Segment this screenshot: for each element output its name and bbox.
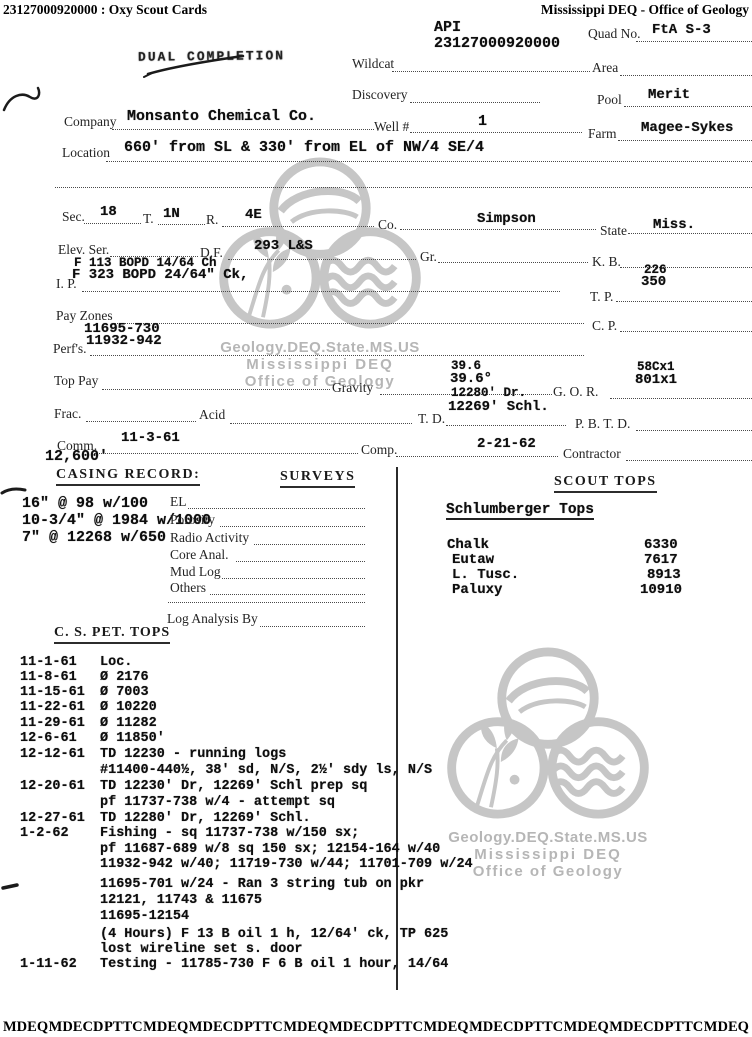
field-value-td-1: 12280' Dr. <box>451 386 526 400</box>
scout-top-name: Paluxy <box>452 582 502 598</box>
cs-pet-tops-title: C. S. PET. TOPS <box>54 625 170 644</box>
footer-token: MDEQ <box>704 1019 749 1036</box>
cs-entry-line: Ø 2176 <box>100 670 149 685</box>
cs-entry-date: 12-12-61 <box>20 747 85 762</box>
cs-entry-date: 11-8-61 <box>20 670 77 685</box>
dotted-leader <box>168 601 365 603</box>
cs-entry-date: 12-27-61 <box>20 811 85 826</box>
scout-top-name: Eutaw <box>452 552 494 568</box>
cs-entry-line: lost wireline set s. door <box>100 942 303 957</box>
watermark-url: Geology.DEQ.State.MS.US <box>428 829 668 846</box>
field-value-pool: Merit <box>648 87 690 103</box>
field-label-td: T. D. <box>418 411 445 427</box>
dotted-leader <box>220 525 365 527</box>
cs-entry-line: Ø 7003 <box>100 685 149 700</box>
dotted-leader <box>236 560 365 562</box>
field-value-tp-2: 350 <box>641 274 666 290</box>
dotted-leader <box>620 330 752 332</box>
dual-completion-stamp: DUAL COMPLETION <box>138 48 285 65</box>
survey-item: Radio Activity <box>170 530 249 546</box>
field-label-sec: Sec. <box>62 209 85 225</box>
field-label-cp: C. P. <box>592 318 617 334</box>
scout-top-depth: 10910 <box>640 582 682 598</box>
footer-token: PTTC <box>524 1019 563 1036</box>
dotted-leader <box>618 139 752 141</box>
field-label-gravity: Gravity <box>332 380 373 396</box>
cs-entry-line: 11695-701 w/24 - Ran 3 string tub on pkr <box>100 877 424 892</box>
field-label-pool: Pool <box>597 92 622 108</box>
field-value-ip-2: F 323 BOPD 24/64" Ck, <box>72 267 248 283</box>
field-label-quad-no: Quad No. <box>588 26 641 42</box>
field-value-state: Miss. <box>653 217 695 233</box>
survey-item: Mud Log <box>170 564 221 580</box>
casing-row: 7" @ 12268 w/650 <box>22 529 166 546</box>
cs-entry-line: 11695-12154 <box>100 909 189 924</box>
dotted-leader <box>636 40 752 42</box>
survey-item: EL <box>170 494 187 510</box>
cs-entry-line: Testing - 11785-730 F 6 B oil 1 hour, 14… <box>100 957 448 972</box>
cs-entry-line: Fishing - sq 11737-738 w/150 sx; <box>100 826 359 841</box>
dotted-leader <box>222 225 374 227</box>
field-label-gr: Gr. <box>420 249 437 265</box>
deq-watermark: Geology.DEQ.State.MS.US Mississippi DEQ … <box>428 646 668 880</box>
dotted-leader <box>82 290 560 292</box>
cs-entry-date: 12-20-61 <box>20 779 85 794</box>
cs-entry-date: 1-2-62 <box>20 826 69 841</box>
field-label-co: Co. <box>378 217 397 233</box>
field-value-perfs-2: 11932-942 <box>86 333 162 349</box>
dotted-leader <box>106 160 752 162</box>
field-label-r: R. <box>206 212 218 228</box>
cs-entry-date: 12-6-61 <box>20 731 77 746</box>
dotted-leader <box>438 261 588 263</box>
cs-entry-date: 11-29-61 <box>20 716 85 731</box>
dotted-leader <box>410 131 582 133</box>
survey-item: Others <box>170 580 206 596</box>
field-value-comm: 11-3-61 <box>121 430 180 446</box>
total-depth-note: 12,600' <box>45 448 108 465</box>
footer-token: MDECD <box>469 1019 524 1036</box>
field-value-gravity-2: 39.6° <box>450 371 492 387</box>
cs-entry-date: 11-22-61 <box>20 700 85 715</box>
dotted-leader <box>392 70 590 72</box>
dotted-leader <box>94 452 358 454</box>
cs-entry-line: 12121, 11743 & 11675 <box>100 893 262 908</box>
casing-record-title: CASING RECORD: <box>56 467 200 486</box>
cs-entry-line: pf 11737-738 w/4 - attempt sq <box>100 795 335 810</box>
field-label-acid: Acid <box>199 407 225 423</box>
api-label: API <box>434 19 461 36</box>
casing-row: 16" @ 98 w/100 <box>22 495 148 512</box>
cs-entry-line: Ø 11282 <box>100 716 157 731</box>
surveys-title: SURVEYS <box>280 469 355 488</box>
footer-token: MDECD <box>49 1019 104 1036</box>
dotted-leader <box>55 186 752 188</box>
survey-item: Porosity <box>170 512 215 528</box>
field-label-contractor: Contractor <box>563 446 621 462</box>
field-label-tp: T. P. <box>590 289 613 305</box>
dotted-leader <box>222 577 365 579</box>
dotted-leader <box>112 128 374 130</box>
dotted-leader <box>260 625 365 627</box>
field-value-td-2: 12269' Schl. <box>448 399 549 415</box>
cs-entry-line: pf 11687-689 w/8 sq 150 sx; 12154-164 w/… <box>100 842 440 857</box>
dotted-leader <box>210 593 365 595</box>
field-value-quad-no: FtA S-3 <box>652 22 711 38</box>
cs-entry-line: Ø 10220 <box>100 700 157 715</box>
field-value-sec: 18 <box>100 204 117 220</box>
survey-item: Core Anal. <box>170 547 229 563</box>
footer-token: MDEQ <box>564 1019 609 1036</box>
footer-keyword-strip: MDEQMDECDPTTCMDEQMDECDPTTCMDEQMDECDPTTCM… <box>3 1019 749 1036</box>
dotted-leader <box>636 429 752 431</box>
dotted-leader <box>620 266 752 268</box>
dotted-leader <box>610 397 752 399</box>
scout-top-name: L. Tusc. <box>452 567 519 583</box>
deq-logo-icon <box>210 156 430 331</box>
dotted-leader <box>624 105 752 107</box>
field-label-comp: Comp. <box>361 442 397 458</box>
log-analysis-by-label: Log Analysis By <box>167 611 258 627</box>
schlumberger-tops-subtitle: Schlumberger Tops <box>446 502 594 520</box>
dotted-leader <box>86 420 196 422</box>
oxy-scout-card-page: Geology.DEQ.State.MS.US Mississippi DEQ … <box>0 0 752 1037</box>
cs-entry-date: 1-11-62 <box>20 957 77 972</box>
dotted-leader <box>158 223 205 225</box>
footer-token: PTTC <box>665 1019 704 1036</box>
cs-entry-date: 11-15-61 <box>20 685 85 700</box>
field-value-farm: Magee-Sykes <box>641 120 733 136</box>
dotted-leader <box>84 222 141 224</box>
footer-token: MDECD <box>189 1019 244 1036</box>
scout-top-depth: 8913 <box>647 567 681 583</box>
dotted-leader <box>90 354 584 356</box>
dotted-leader <box>230 422 412 424</box>
field-label-gor: G. O. R. <box>553 384 598 400</box>
footer-token: PTTC <box>384 1019 423 1036</box>
footer-token: MDECD <box>329 1019 384 1036</box>
dotted-leader <box>620 74 752 76</box>
footer-token: PTTC <box>244 1019 283 1036</box>
dotted-leader <box>396 455 558 457</box>
field-value-comp: 2-21-62 <box>477 436 536 452</box>
field-value-gor-2: 801x1 <box>635 372 677 388</box>
header-left-text: 23127000920000 : Oxy Scout Cards <box>3 2 207 18</box>
dotted-leader <box>254 543 365 545</box>
dotted-leader <box>228 258 416 260</box>
dotted-leader <box>400 228 596 230</box>
cs-entry-line: Loc. <box>100 655 132 670</box>
footer-token: MDEQ <box>423 1019 468 1036</box>
footer-token: MDECD <box>609 1019 664 1036</box>
api-number: 23127000920000 <box>434 35 560 52</box>
cs-entry-line: 11932-942 w/40; 11719-730 w/44; 11701-70… <box>100 857 473 872</box>
watermark-org: Mississippi DEQ <box>200 356 440 373</box>
footer-token: MDEQ <box>3 1019 48 1036</box>
scout-tops-title: SCOUT TOPS <box>554 474 657 493</box>
field-label-company: Company <box>64 114 117 130</box>
dotted-leader <box>188 507 365 509</box>
scout-top-depth: 6330 <box>644 537 678 553</box>
cs-entry-line: TD 12280' Dr, 12269' Schl. <box>100 811 311 826</box>
field-value-r: 4E <box>245 207 262 223</box>
header-right-text: Mississippi DEQ - Office of Geology <box>541 2 749 18</box>
field-label-pbtd: P. B. T. D. <box>575 416 630 432</box>
scout-top-name: Chalk <box>447 537 489 553</box>
field-value-well-no: 1 <box>478 113 487 130</box>
dotted-leader <box>616 300 752 302</box>
footer-token: PTTC <box>104 1019 143 1036</box>
field-value-company: Monsanto Chemical Co. <box>127 108 316 125</box>
field-label-well-no: Well # <box>374 119 409 135</box>
cs-entry-line: (4 Hours) F 13 B oil 1 h, 12/64' ck, TP … <box>100 927 448 942</box>
field-label-perfs: Perf's. <box>53 341 87 357</box>
field-label-t: T. <box>143 211 154 227</box>
dotted-leader <box>626 459 752 461</box>
cs-entry-date: 11-1-61 <box>20 655 77 670</box>
footer-token: MDEQ <box>143 1019 188 1036</box>
field-value-co: Simpson <box>477 211 536 227</box>
footer-token: MDEQ <box>283 1019 328 1036</box>
field-label-area: Area <box>592 60 618 76</box>
field-value-location: 660' from SL & 330' from EL of NW/4 SE/4 <box>124 139 484 156</box>
field-label-frac: Frac. <box>54 406 81 422</box>
field-label-location: Location <box>62 145 110 161</box>
cs-entry-line: #11400-440½, 38' sd, N/S, 2½' sdy ls, N/… <box>100 763 432 778</box>
field-value-t: 1N <box>163 206 180 222</box>
dotted-leader <box>410 101 540 103</box>
field-label-farm: Farm <box>588 126 617 142</box>
field-label-wildcat: Wildcat <box>352 56 394 72</box>
field-label-top-pay: Top Pay <box>54 373 98 389</box>
field-value-df: 293 L&S <box>254 238 313 254</box>
field-label-discovery: Discovery <box>352 87 407 103</box>
field-label-kb: K. B. <box>592 254 621 270</box>
vertical-divider <box>396 467 398 990</box>
scout-top-depth: 7617 <box>644 552 678 568</box>
cs-entry-line: Ø 11850' <box>100 731 165 746</box>
cs-entry-line: TD 12230 - running logs <box>100 747 286 762</box>
dotted-leader <box>102 388 330 390</box>
deq-logo-icon <box>438 646 658 821</box>
field-label-state: State <box>600 223 627 239</box>
dotted-leader <box>114 322 584 324</box>
cs-entry-line: TD 12230' Dr, 12269' Schl prep sq <box>100 779 367 794</box>
dotted-leader <box>446 424 566 426</box>
